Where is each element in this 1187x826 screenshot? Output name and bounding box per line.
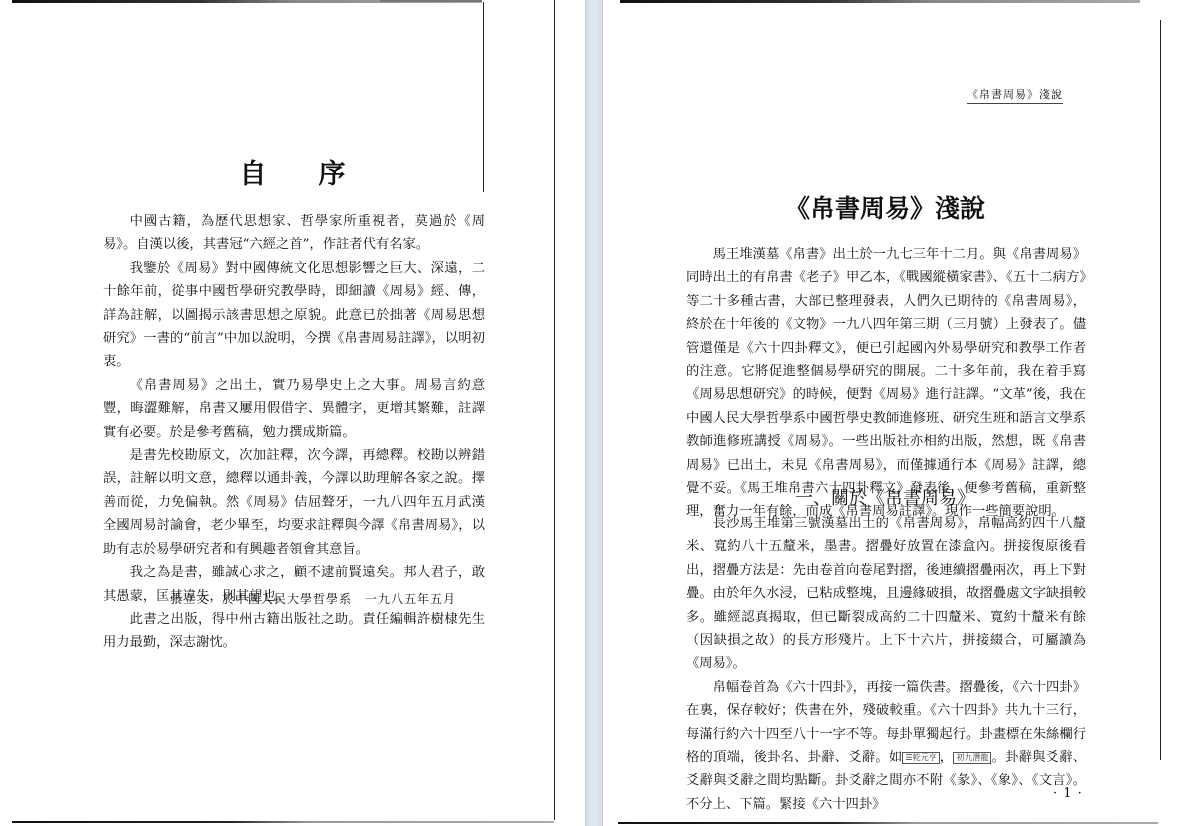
left-page-preface: 自序 中國古籍，為歷代思想家、哲學家所重視者，莫過於《周易》。自漢以後，其書冠“… [0, 0, 585, 826]
preface-title: 自序 [0, 152, 585, 191]
article-paragraph: 帛幅卷首為《六十四卦》，再接一篇佚書。摺疊後，《六十四卦》在裏，保存較好；佚書在… [686, 676, 1086, 816]
preface-body: 中國古籍，為歷代思想家、哲學家所重視者，莫過於《周易》。自漢以後，其書冠“六經之… [103, 210, 485, 655]
preface-paragraph: 是書先校勘原文，次加註釋，次今譯，再總釋。校勘以辨錯誤，註解以明文意，總釋以通卦… [103, 444, 485, 561]
hexagram-sample-glyph: 初九潛龍 [953, 752, 991, 764]
paragraph-text: ， [940, 750, 954, 765]
page-number: · 1 · [1053, 786, 1083, 801]
hexagram-sample-glyph: ☰乾元亨 [902, 752, 939, 764]
article-section-body: 長沙馬王堆第三號漢墓出土的《帛書周易》，帛幅高約四十八釐米、寬約八十五釐米，墨書… [686, 512, 1086, 816]
page-border-right [1160, 20, 1161, 760]
running-head: 《帛書周易》淺說 [967, 86, 1063, 104]
scan-edge-bottom [12, 821, 554, 823]
article-title: 《帛書周易》淺說 [603, 189, 1167, 225]
preface-paragraph: 我鑒於《周易》對中國傳統文化思想影響之巨大、深遠，二十餘年前，從事中國哲學研究教… [103, 257, 485, 374]
scan-edge-top [380, 0, 482, 2]
article-paragraph: 馬王堆漢墓《帛書》出土於一九七三年十二月。與《帛書周易》同時出土的有帛書《老子》… [686, 243, 1086, 524]
preface-paragraph: 中國古籍，為歷代思想家、哲學家所重視者，莫過於《周易》。自漢以後，其書冠“六經之… [103, 210, 485, 257]
page-gutter-divider [585, 0, 603, 826]
article-intro: 馬王堆漢墓《帛書》出土於一九七三年十二月。與《帛書周易》同時出土的有帛書《老子》… [686, 243, 1086, 524]
preface-title-char: 自 [240, 152, 267, 191]
article-paragraph: 長沙馬王堆第三號漢墓出土的《帛書周易》，帛幅高約四十八釐米、寬約八十五釐米，墨書… [686, 512, 1086, 676]
scan-edge-bottom [618, 822, 1158, 824]
preface-paragraph: 此書之出版，得中州古籍出版社之助。責任編輯許樹棣先生用力最勤，深志謝忱。 [103, 608, 485, 655]
preface-signature: 張立文 於中國人民大學哲學系 一九八五年五月 [170, 590, 456, 607]
page-border-right [554, 0, 555, 820]
preface-paragraph: 《帛書周易》之出土，實乃易學史上之大事。周易言約意豐，晦澀難解，帛書又屢用假借字… [103, 374, 485, 444]
scan-edge-top [620, 0, 1140, 3]
section-heading: 一、關於《帛書周易》 [603, 484, 1167, 510]
preface-title-char: 序 [319, 152, 346, 191]
